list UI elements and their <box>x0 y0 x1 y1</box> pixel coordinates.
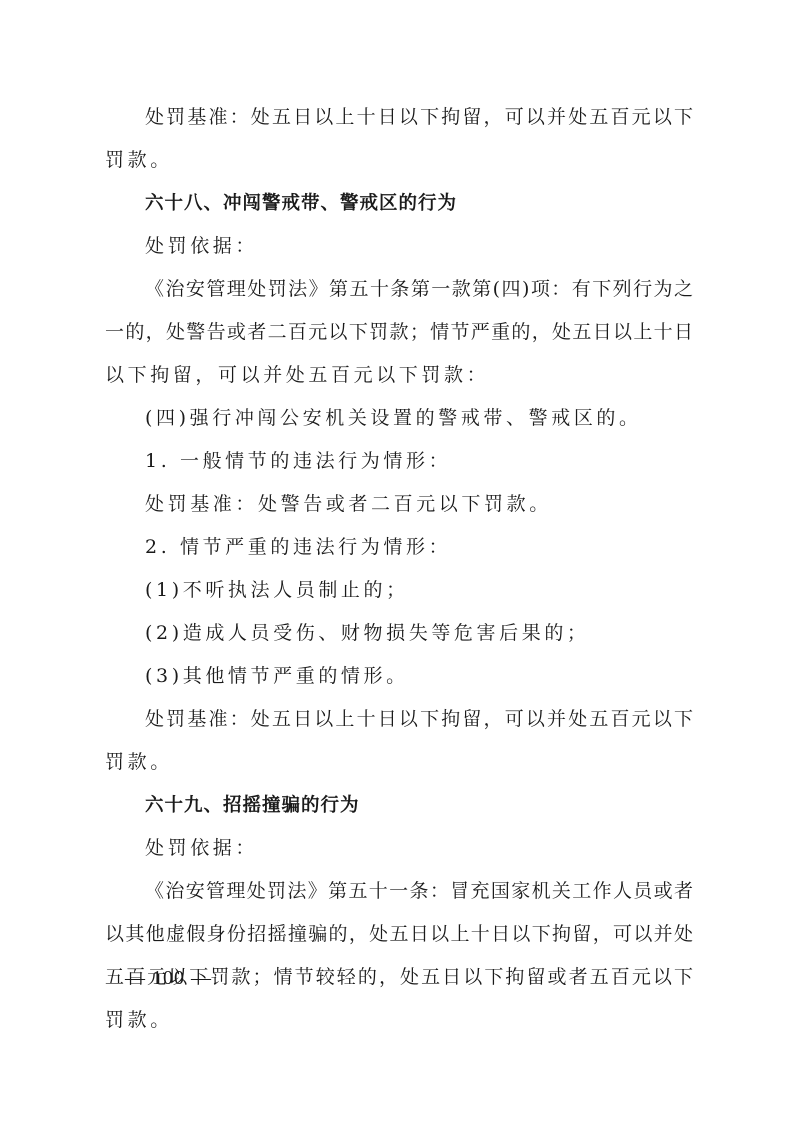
circumstance-list-item: (1)不听执法人员制止的； <box>105 569 693 612</box>
general-circumstance-heading: 1. 一般情节的违法行为情形： <box>105 440 693 483</box>
penalty-standard-continuation: 罚款。 <box>105 139 693 182</box>
circumstance-list-item: (2)造成人员受伤、财物损失等危害后果的； <box>105 612 693 655</box>
law-citation-line: 罚款。 <box>105 999 693 1042</box>
penalty-standard-continuation: 罚款。 <box>105 741 693 784</box>
serious-circumstance-heading: 2. 情节严重的违法行为情形： <box>105 526 693 569</box>
penalty-standard-line: 处罚基准：处五日以上十日以下拘留，可以并处五百元以下 <box>105 698 693 741</box>
penalty-standard-line: 处罚基准：处警告或者二百元以下罚款。 <box>105 483 693 526</box>
law-citation-line: 《治安管理处罚法》第五十一条：冒充国家机关工作人员或者 <box>105 870 693 913</box>
section-heading-69: 六十九、招摇撞骗的行为 <box>105 784 693 827</box>
law-citation-line: 以其他虚假身份招摇撞骗的，处五日以上十日以下拘留，可以并处 <box>105 913 693 956</box>
law-citation-line: 以下拘留，可以并处五百元以下罚款： <box>105 354 693 397</box>
document-page: 处罚基准：处五日以上十日以下拘留，可以并处五百元以下 罚款。 六十八、冲闯警戒带… <box>105 96 693 1042</box>
penalty-standard-line: 处罚基准：处五日以上十日以下拘留，可以并处五百元以下 <box>105 96 693 139</box>
penalty-basis-label: 处罚依据： <box>105 827 693 870</box>
circumstance-list-item: (3)其他情节严重的情形。 <box>105 655 693 698</box>
page-number: — 100 — <box>125 967 212 990</box>
penalty-basis-label: 处罚依据： <box>105 225 693 268</box>
section-heading-68: 六十八、冲闯警戒带、警戒区的行为 <box>105 182 693 225</box>
law-citation-line: 《治安管理处罚法》第五十条第一款第(四)项：有下列行为之 <box>105 268 693 311</box>
law-clause-item: (四)强行冲闯公安机关设置的警戒带、警戒区的。 <box>105 397 693 440</box>
law-citation-line: 一的，处警告或者二百元以下罚款；情节严重的，处五日以上十日 <box>105 311 693 354</box>
